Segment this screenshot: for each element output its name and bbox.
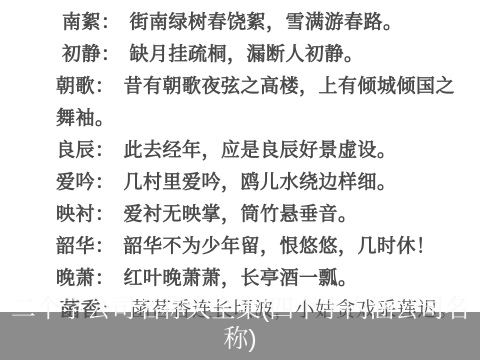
entry-text: 缺月挂疏桐，漏断人初静。 xyxy=(130,43,364,65)
entry-name: 良辰 xyxy=(56,139,95,161)
entry-text: 此去经年，应是良辰好景虚设。 xyxy=(124,139,397,161)
list-item: 初静：缺月挂疏桐，漏断人初静。 xyxy=(0,38,480,70)
entry-colon: ： xyxy=(95,171,115,193)
entry-name: 初静 xyxy=(62,43,101,65)
entry-text: 街南绿树春饶絮，雪满游春路。 xyxy=(130,11,403,33)
entry-colon: ： xyxy=(101,11,121,33)
list-item: 晚萧：红叶晚萧萧，长亭酒一瓢。 xyxy=(0,262,480,294)
entry-name: 韶华 xyxy=(56,235,95,257)
entry-colon: ： xyxy=(95,267,115,289)
list-item: 映衬：爱衬无映掌，筒竹悬垂音。 xyxy=(0,198,480,230)
list-item: 良辰：此去经年，应是良辰好景虚设。 xyxy=(0,134,480,166)
entry-colon: ： xyxy=(95,139,115,161)
entry-name: 晚萧 xyxy=(56,267,95,289)
entry-name: 朝歌 xyxy=(56,75,95,97)
page: 南絮：街南绿树春饶絮，雪满游春路。 初静：缺月挂疏桐，漏断人初静。 朝歌：昔有朝… xyxy=(0,0,480,360)
entry-text: 韶华不为少年留，恨悠悠，几时休！ xyxy=(124,235,436,257)
footer-caption: 二个字公司名称大全集(四个字内涵公司名称) xyxy=(0,294,480,354)
entry-text: 爱衬无映掌，筒竹悬垂音。 xyxy=(124,203,358,225)
entry-colon: ： xyxy=(95,203,115,225)
list-item: 朝歌：昔有朝歌夜弦之高楼，上有倾城倾国之舞袖。 xyxy=(0,70,480,134)
entry-name: 映衬 xyxy=(56,203,95,225)
entry-name: 爱吟 xyxy=(56,171,95,193)
entry-colon: ： xyxy=(95,75,115,97)
list-item: 爱吟：几村里爱吟，鸥儿水绕边样细。 xyxy=(0,166,480,198)
entry-text: 昔有朝歌夜弦之高楼，上有倾城倾国之舞袖。 xyxy=(56,75,455,129)
name-list: 南絮：街南绿树春饶絮，雪满游春路。 初静：缺月挂疏桐，漏断人初静。 朝歌：昔有朝… xyxy=(0,6,480,326)
entry-text: 红叶晚萧萧，长亭酒一瓢。 xyxy=(124,267,358,289)
entry-name: 南絮 xyxy=(62,11,101,33)
entry-text: 几村里爱吟，鸥儿水绕边样细。 xyxy=(124,171,397,193)
list-item: 南絮：街南绿树春饶絮，雪满游春路。 xyxy=(0,6,480,38)
list-item: 韶华：韶华不为少年留，恨悠悠，几时休！ xyxy=(0,230,480,262)
entry-colon: ： xyxy=(101,43,121,65)
entry-colon: ： xyxy=(95,235,115,257)
